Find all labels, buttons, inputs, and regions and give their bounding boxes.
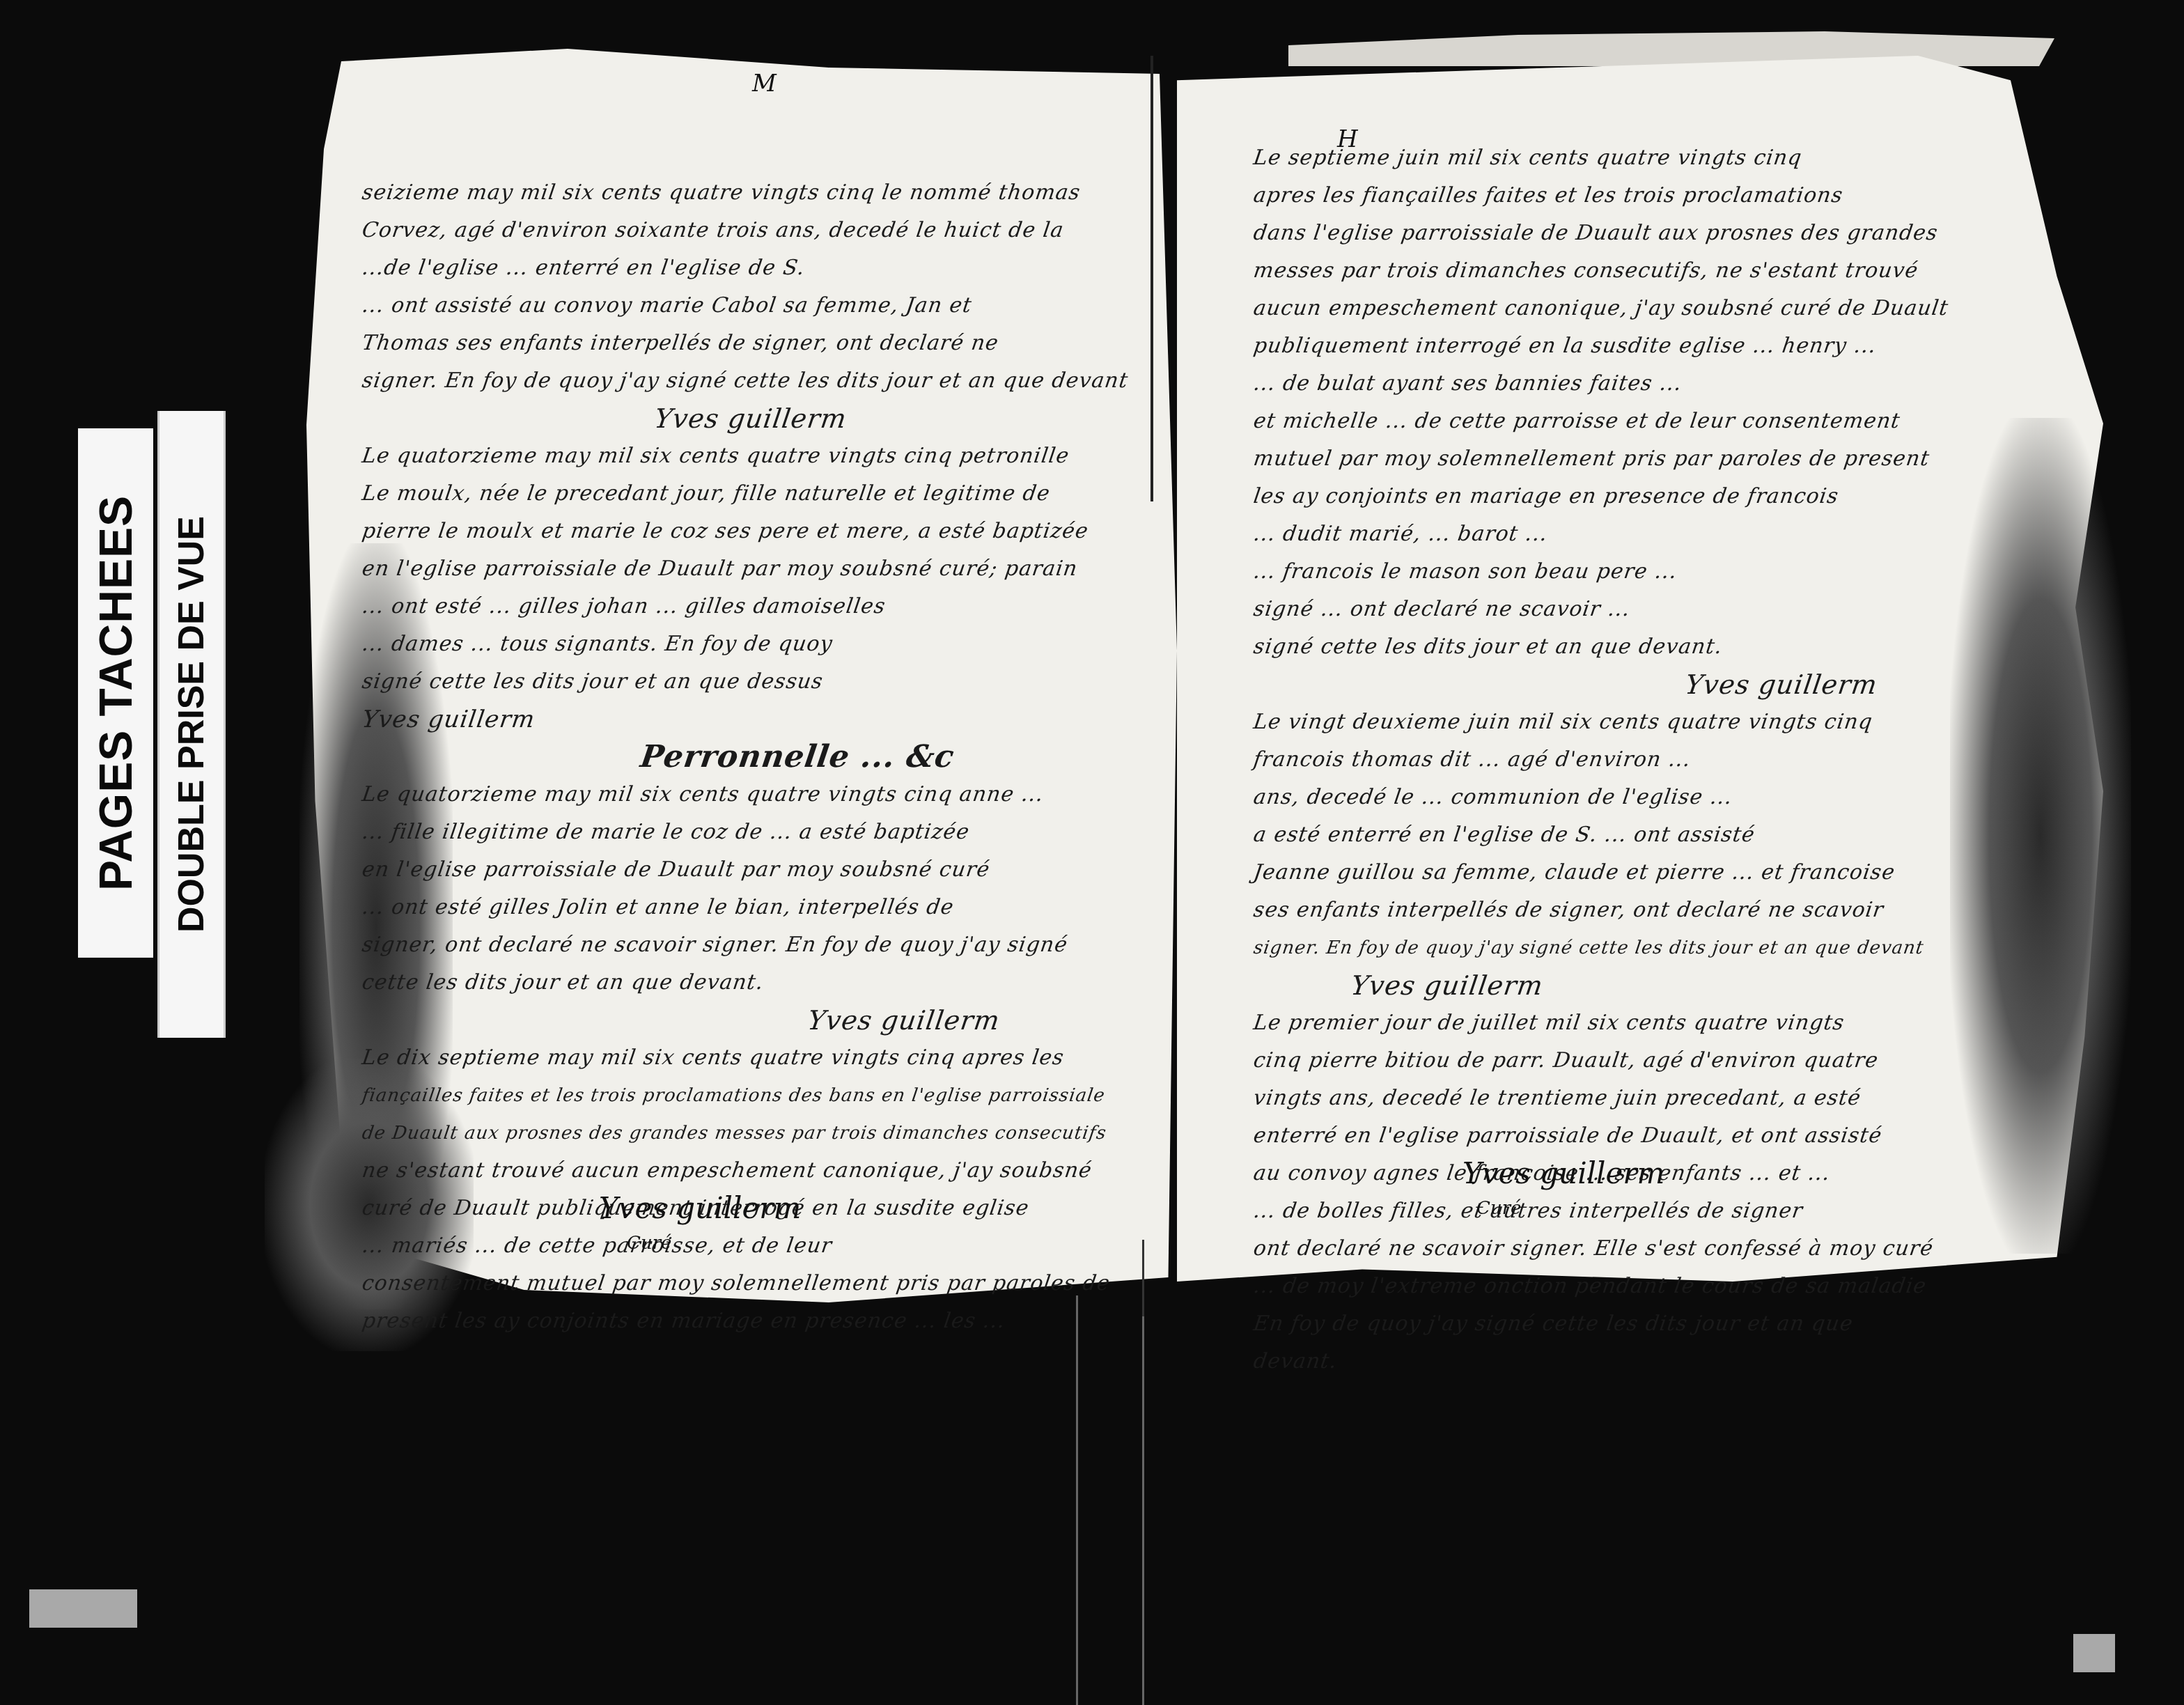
text-line: ne s'estant trouvé aucun empeschement ca… xyxy=(359,1152,1145,1190)
text-line: ... mariés ... de cette parroisse, et de… xyxy=(359,1227,1145,1265)
text-line: ... dudit marié, ... barot ... xyxy=(1251,515,2057,553)
left-signature: Yves guillerm xyxy=(599,1191,801,1225)
text-line: signer. En foy de quoy j'ay signé cette … xyxy=(359,362,1145,400)
film-marker-left xyxy=(29,1589,137,1628)
text-line: Le moulx, née le precedant jour, fille n… xyxy=(359,475,1145,513)
text-line: mutuel par moy solemnellement pris par p… xyxy=(1251,440,2057,478)
text-line: Le septieme juin mil six cents quatre vi… xyxy=(1251,139,2057,177)
text-line: et michelle ... de cette parroisse et de… xyxy=(1251,403,2057,440)
text-line: enterré en l'eglise parroissiale de Duau… xyxy=(1251,1117,2057,1155)
text-line: ... dames ... tous signants. En foy de q… xyxy=(359,625,1145,663)
signature: Yves guillerm xyxy=(1251,967,2057,1004)
text-line: cette les dits jour et an que devant. xyxy=(359,964,1145,1002)
text-line: ans, decedé le ... communion de l'eglise… xyxy=(1251,779,2057,816)
label-text: DOUBLE PRISE DE VUE xyxy=(171,516,212,933)
book-spine xyxy=(1150,56,1153,501)
pages-tachees-label: PAGES TACHEES xyxy=(78,428,153,958)
text-line: ont declaré ne scavoir signer. Elle s'es… xyxy=(1251,1230,2057,1268)
text-line: de Duault aux prosnes des grandes messes… xyxy=(359,1114,1145,1152)
text-line: ... ont esté ... gilles johan ... gilles… xyxy=(359,588,1145,625)
text-line: Corvez, agé d'environ soixante trois ans… xyxy=(359,212,1145,249)
text-line: ... de bolles filles, et autres interpel… xyxy=(1251,1192,2057,1230)
text-line: consentement mutuel par moy solemnelleme… xyxy=(359,1265,1145,1302)
text-line: en l'eglise parroissiale de Duault par m… xyxy=(359,851,1145,889)
right-signature: Yves guillerm xyxy=(1462,1156,1664,1190)
text-line: Le vingt deuxieme juin mil six cents qua… xyxy=(1251,703,2057,741)
reader-rail xyxy=(1076,1295,1078,1705)
text-line: Le quatorzieme may mil six cents quatre … xyxy=(359,437,1145,475)
text-line: devant. xyxy=(1251,1343,2057,1380)
text-line: ...de l'eglise ... enterré en l'eglise d… xyxy=(359,249,1145,287)
text-line: francois thomas dit ... agé d'environ ..… xyxy=(1251,741,2057,779)
text-line: signé cette les dits jour et an que dess… xyxy=(359,663,1145,701)
text-line: pierre le moulx et marie le coz ses pere… xyxy=(359,513,1145,550)
text-line: ... de moy l'extreme onction pendant le … xyxy=(1251,1268,2057,1305)
text-line: ... de bulat ayant ses bannies faites ..… xyxy=(1251,365,2057,403)
text-line: ... ont assisté au convoy marie Cabol sa… xyxy=(359,287,1145,325)
text-line: messes par trois dimanches consecutifs, … xyxy=(1251,252,2057,290)
text-line: a esté enterré en l'eglise de S. ... ont… xyxy=(1251,816,2057,854)
right-page-text: Le septieme juin mil six cents quatre vi… xyxy=(1254,139,2054,1380)
text-line: Le dix septieme may mil six cents quatre… xyxy=(359,1039,1145,1077)
text-line: ... fille illegitime de marie le coz de … xyxy=(359,813,1145,851)
text-line: signer, ont declaré ne scavoir signer. E… xyxy=(359,926,1145,964)
right-signature-title: Curé xyxy=(1476,1198,1521,1219)
text-line: vingts ans, decedé le trentieme juin pre… xyxy=(1251,1080,2057,1117)
text-line: signé ... ont declaré ne scavoir ... xyxy=(1251,591,2057,628)
reader-rail xyxy=(1142,1295,1144,1705)
signature: Yves guillerm xyxy=(359,1002,1145,1039)
text-line: ... ont esté gilles Jolin et anne le bia… xyxy=(359,889,1145,926)
film-marker-right xyxy=(2073,1634,2115,1672)
label-text: PAGES TACHEES xyxy=(89,495,142,891)
text-line: ... francois le mason son beau pere ... xyxy=(1251,553,2057,591)
left-signature-title: Curé xyxy=(627,1233,671,1254)
text-line: aucun empeschement canonique, j'ay soubs… xyxy=(1251,290,2057,327)
text-line: Le premier jour de juillet mil six cents… xyxy=(1251,1004,2057,1042)
text-line: Le quatorzieme may mil six cents quatre … xyxy=(359,776,1145,813)
text-line: present les ay conjoints en mariage en p… xyxy=(359,1302,1145,1340)
left-page-text: seizieme may mil six cents quatre vingts… xyxy=(362,174,1142,1340)
text-line: dans l'eglise parroissiale de Duault aux… xyxy=(1251,215,2057,252)
torn-page-edge xyxy=(1288,31,2054,66)
text-line: seizieme may mil six cents quatre vingts… xyxy=(359,174,1145,212)
signature: Yves guillerm xyxy=(1251,666,2057,703)
double-prise-label: DOUBLE PRISE DE VUE xyxy=(157,411,226,1038)
left-folio-mark: M xyxy=(752,70,777,98)
text-line: Jeanne guillou sa femme, claude et pierr… xyxy=(1251,854,2057,892)
text-line: signer. En foy de quoy j'ay signé cette … xyxy=(1251,929,2057,967)
text-line: En foy de quoy j'ay signé cette les dits… xyxy=(1251,1305,2057,1343)
text-line: en l'eglise parroissiale de Duault par m… xyxy=(359,550,1145,588)
text-line: apres les fiançailles faites et les troi… xyxy=(1251,177,2057,215)
text-line: Thomas ses enfants interpellés de signer… xyxy=(359,325,1145,362)
text-line: publiquement interrogé en la susdite egl… xyxy=(1251,327,2057,365)
signature: Perronnelle ... &c xyxy=(359,738,1145,776)
text-line: ses enfants interpellés de signer, ont d… xyxy=(1251,892,2057,929)
text-line: les ay conjoints en mariage en presence … xyxy=(1251,478,2057,515)
text-line: signé cette les dits jour et an que deva… xyxy=(1251,628,2057,666)
text-line: fiançailles faites et les trois proclama… xyxy=(359,1077,1145,1114)
signature: Yves guillerm xyxy=(359,701,1145,738)
signature: Yves guillerm xyxy=(359,400,1145,437)
text-line: cinq pierre bitiou de parr. Duault, agé … xyxy=(1251,1042,2057,1080)
